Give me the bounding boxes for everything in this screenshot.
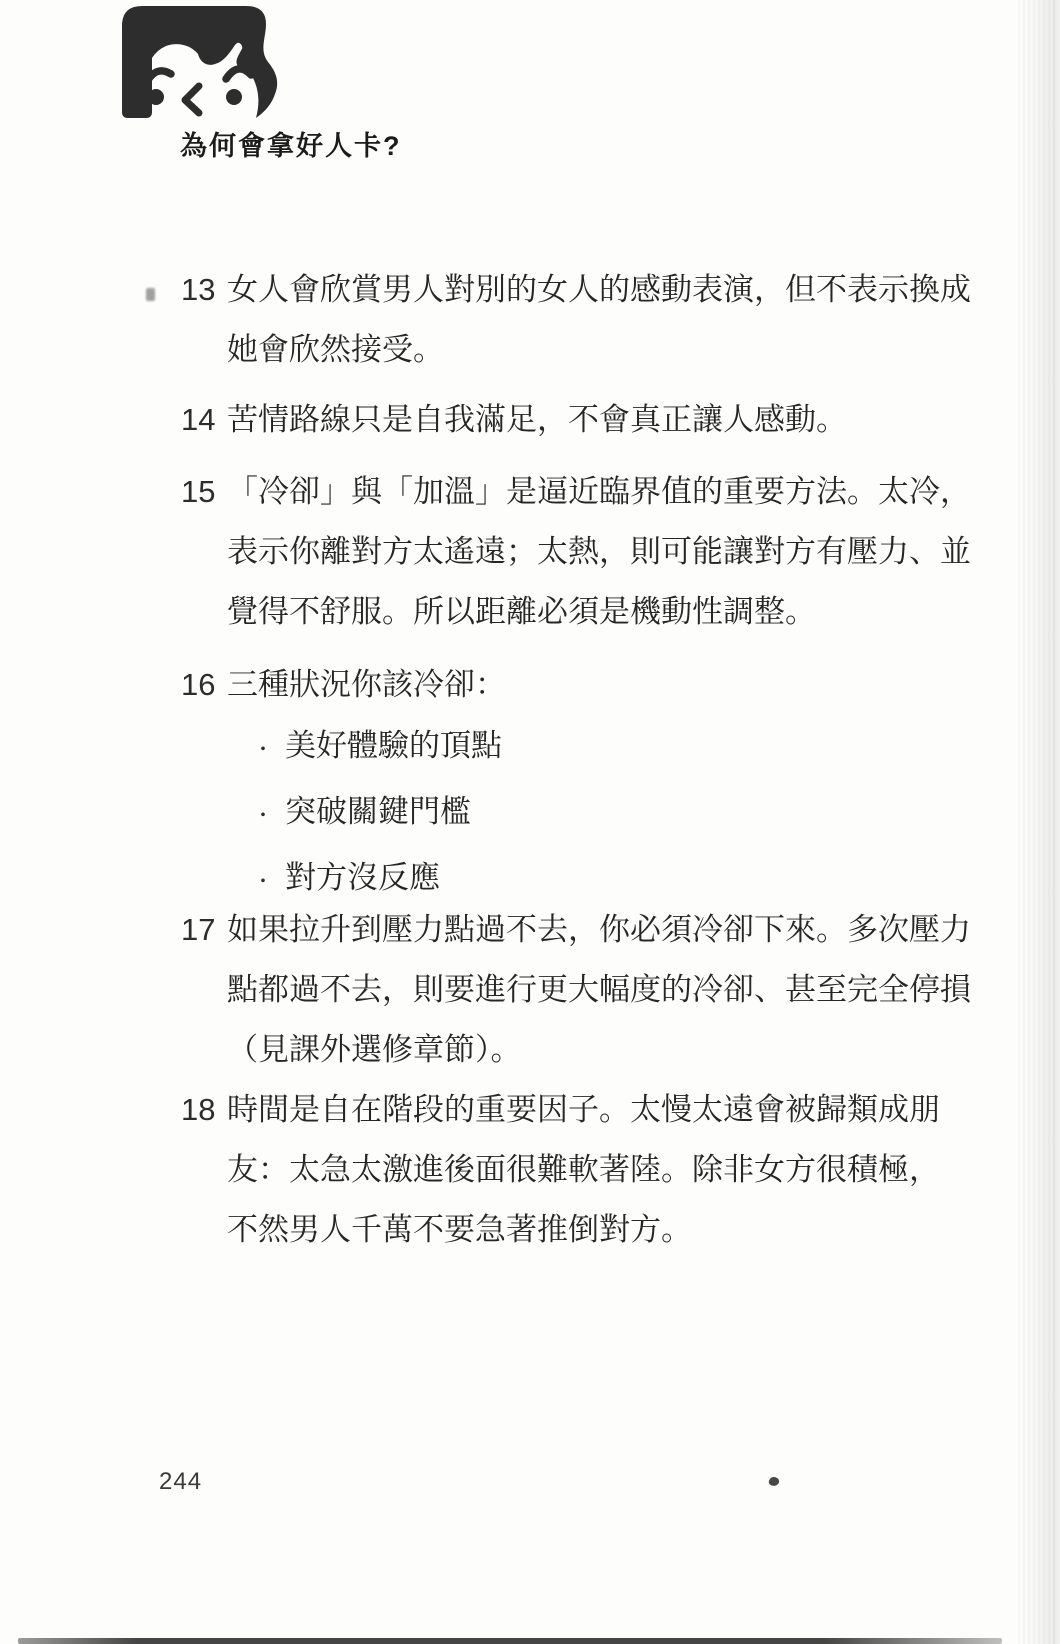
page-number: 244 <box>159 1468 202 1496</box>
item-text: 時間是自在階段的重要因子。太慢太遠會被歸類成朋 友：太急太激進後面很難軟著陸。除… <box>227 1080 940 1260</box>
list-item-17: 17 如果拉升到壓力點過不去，你必須冷卻下來。多次壓力 點都過不去，則要進行更大… <box>181 900 971 1080</box>
text-line: 苦情路線只是自我滿足，不會真正讓人感動。 <box>227 390 847 450</box>
item-text: 「冷卻」與「加溫」是逼近臨界值的重要方法。太冷， 表示你離對方太遙遠；太熱，則可… <box>227 462 971 642</box>
item-text: 如果拉升到壓力點過不去，你必須冷卻下來。多次壓力 點都過不去，則要進行更大幅度的… <box>227 900 971 1080</box>
book-series-title: 為何會拿好人卡? <box>180 124 402 163</box>
bullet-text: 對方沒反應 <box>285 860 440 895</box>
text-line: 友：太急太激進後面很難軟著陸。除非女方很積極， <box>227 1140 940 1200</box>
bullet-text: 突破關鍵門檻 <box>285 794 471 829</box>
bullet-icon: ・ <box>253 805 273 827</box>
bullet-item: ・突破關鍵門檻 <box>227 781 506 847</box>
right-eye-icon <box>226 89 242 105</box>
list-item-18: 18 時間是自在階段的重要因子。太慢太遠會被歸類成朋 友：太急太激進後面很難軟著… <box>181 1080 940 1260</box>
text-line: 女人會欣賞男人對別的女人的感動表演，但不表示換成 <box>227 260 971 320</box>
text-line: （見課外選修章節）。 <box>227 1020 971 1080</box>
text-line: 時間是自在階段的重要因子。太慢太遠會被歸類成朋 <box>227 1080 940 1140</box>
text-line: 覺得不舒服。所以距離必須是機動性調整。 <box>227 582 971 642</box>
worried-face-logo <box>112 0 282 120</box>
text-line: 「冷卻」與「加溫」是逼近臨界值的重要方法。太冷， <box>227 462 971 522</box>
item-number: 18 <box>181 1080 227 1140</box>
bullet-text: 美好體驗的頂點 <box>285 728 502 763</box>
left-eyebrow-icon <box>147 71 171 82</box>
bullet-icon: ・ <box>253 739 273 761</box>
item-text: 女人會欣賞男人對別的女人的感動表演，但不表示換成 她會欣然接受。 <box>227 260 971 380</box>
bullet-item: ・美好體驗的頂點 <box>227 715 506 781</box>
ink-speck <box>768 1476 780 1488</box>
left-eye-icon <box>148 89 164 105</box>
scan-edge-bar <box>18 1638 1002 1644</box>
item-text: 苦情路線只是自我滿足，不會真正讓人感動。 <box>227 390 847 450</box>
item-number: 15 <box>181 462 227 522</box>
book-page: 為何會拿好人卡? 13 女人會欣賞男人對別的女人的感動表演，但不表示換成 她會欣… <box>0 0 1060 1644</box>
text-line: 她會欣然接受。 <box>227 320 971 380</box>
text-line: 不然男人千萬不要急著推倒對方。 <box>227 1200 940 1260</box>
list-item-14: 14 苦情路線只是自我滿足，不會真正讓人感動。 <box>181 390 847 450</box>
page-curl-shadow <box>1018 0 1060 1644</box>
list-item-13: 13 女人會欣賞男人對別的女人的感動表演，但不表示換成 她會欣然接受。 <box>181 260 971 380</box>
text-line: 表示你離對方太遙遠；太熱，則可能讓對方有壓力、並 <box>227 522 971 582</box>
item-text: 三種狀況你該冷卻： ・美好體驗的頂點 ・突破關鍵門檻 ・對方沒反應 <box>227 655 506 913</box>
text-line: 如果拉升到壓力點過不去，你必須冷卻下來。多次壓力 <box>227 900 971 960</box>
item-number: 16 <box>181 655 227 715</box>
hair-shape <box>122 6 277 118</box>
ink-speck <box>146 288 155 301</box>
text-line: 三種狀況你該冷卻： <box>227 655 506 715</box>
right-eyebrow-icon <box>226 69 251 79</box>
item-number: 17 <box>181 900 227 960</box>
item-number: 13 <box>181 260 227 320</box>
item-number: 14 <box>181 390 227 450</box>
list-item-15: 15 「冷卻」與「加溫」是逼近臨界值的重要方法。太冷， 表示你離對方太遙遠；太熱… <box>181 462 971 642</box>
text-line: 點都過不去，則要進行更大幅度的冷卻、甚至完全停損 <box>227 960 971 1020</box>
bullet-icon: ・ <box>253 871 273 893</box>
nose-mark-icon <box>185 86 199 113</box>
list-item-16: 16 三種狀況你該冷卻： ・美好體驗的頂點 ・突破關鍵門檻 ・對方沒反應 <box>181 655 506 913</box>
